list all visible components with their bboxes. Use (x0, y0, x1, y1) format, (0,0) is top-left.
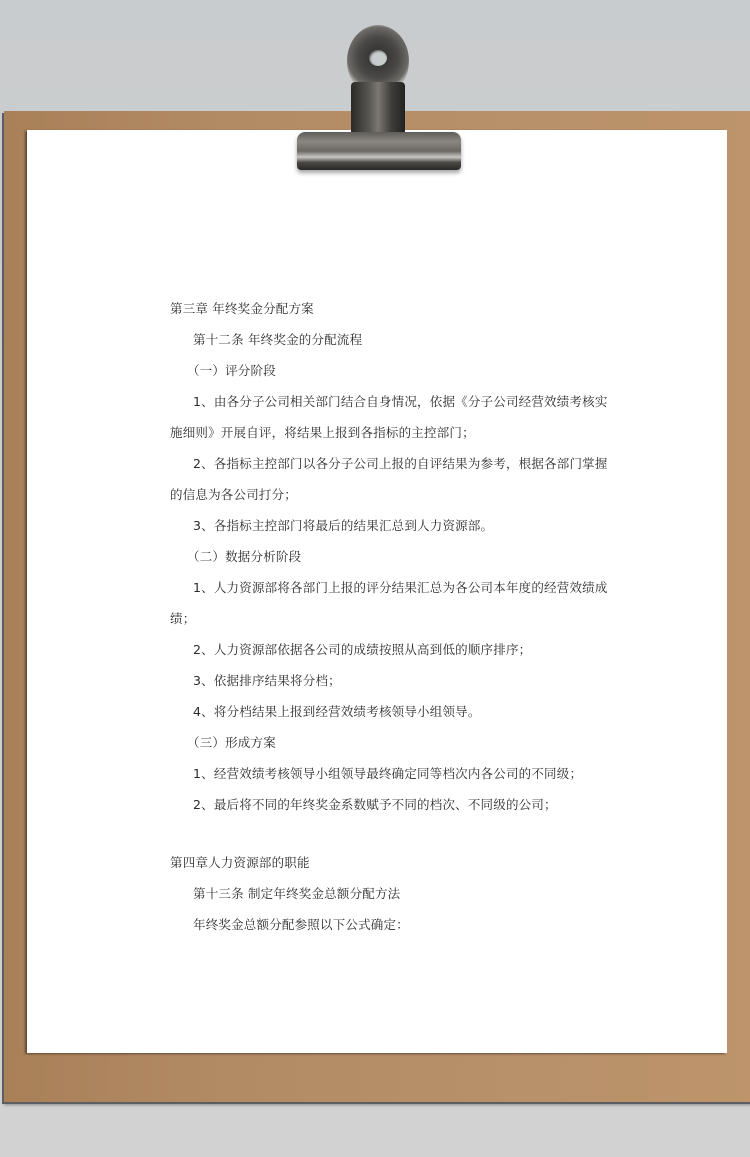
chapter-heading: 第三章 年终奖金分配方案 (170, 299, 314, 317)
paragraph: 2、最后将不同的年终奖金系数赋予不同的档次、不同级的公司； (193, 795, 557, 813)
paragraph: 施细则》开展自评，将结果上报到各指标的主控部门； (170, 423, 475, 441)
clip-bar (297, 132, 461, 170)
paragraph: 年终奖金总额分配参照以下公式确定： (193, 915, 409, 933)
article-heading: 第十二条 年终奖金的分配流程 (193, 330, 362, 348)
paragraph: 1、人力资源部将各部门上报的评分结果汇总为各公司本年度的经营效绩成 (193, 578, 608, 596)
paragraph: 的信息为各公司打分； (170, 485, 297, 503)
paragraph: 1、由各分子公司相关部门结合自身情况，依据《分子公司经营效绩考核实 (193, 392, 608, 410)
section-heading: （一）评分阶段 (187, 361, 276, 379)
paragraph: 4、将分档结果上报到经营效绩考核领导小组领导。 (193, 702, 481, 720)
section-heading: （三）形成方案 (187, 733, 276, 751)
section-heading: （二）数据分析阶段 (187, 547, 301, 565)
binder-clip-icon (285, 22, 465, 172)
paragraph: 3、各指标主控部门将最后的结果汇总到人力资源部。 (193, 516, 493, 534)
paragraph: 2、各指标主控部门以各分子公司上报的自评结果为参考，根据各部门掌握 (193, 454, 608, 472)
paragraph: 2、人力资源部依据各公司的成绩按照从高到低的顺序排序； (193, 640, 531, 658)
article-heading: 第十三条 制定年终奖金总额分配方法 (193, 884, 400, 902)
clip-hole (369, 50, 387, 66)
paragraph: 3、依据排序结果将分档； (193, 671, 341, 689)
paragraph: 绩； (170, 609, 195, 627)
chapter-heading: 第四章人力资源部的职能 (170, 853, 310, 871)
paragraph: 1、经营效绩考核领导小组领导最终确定同等档次内各公司的不同级； (193, 764, 582, 782)
